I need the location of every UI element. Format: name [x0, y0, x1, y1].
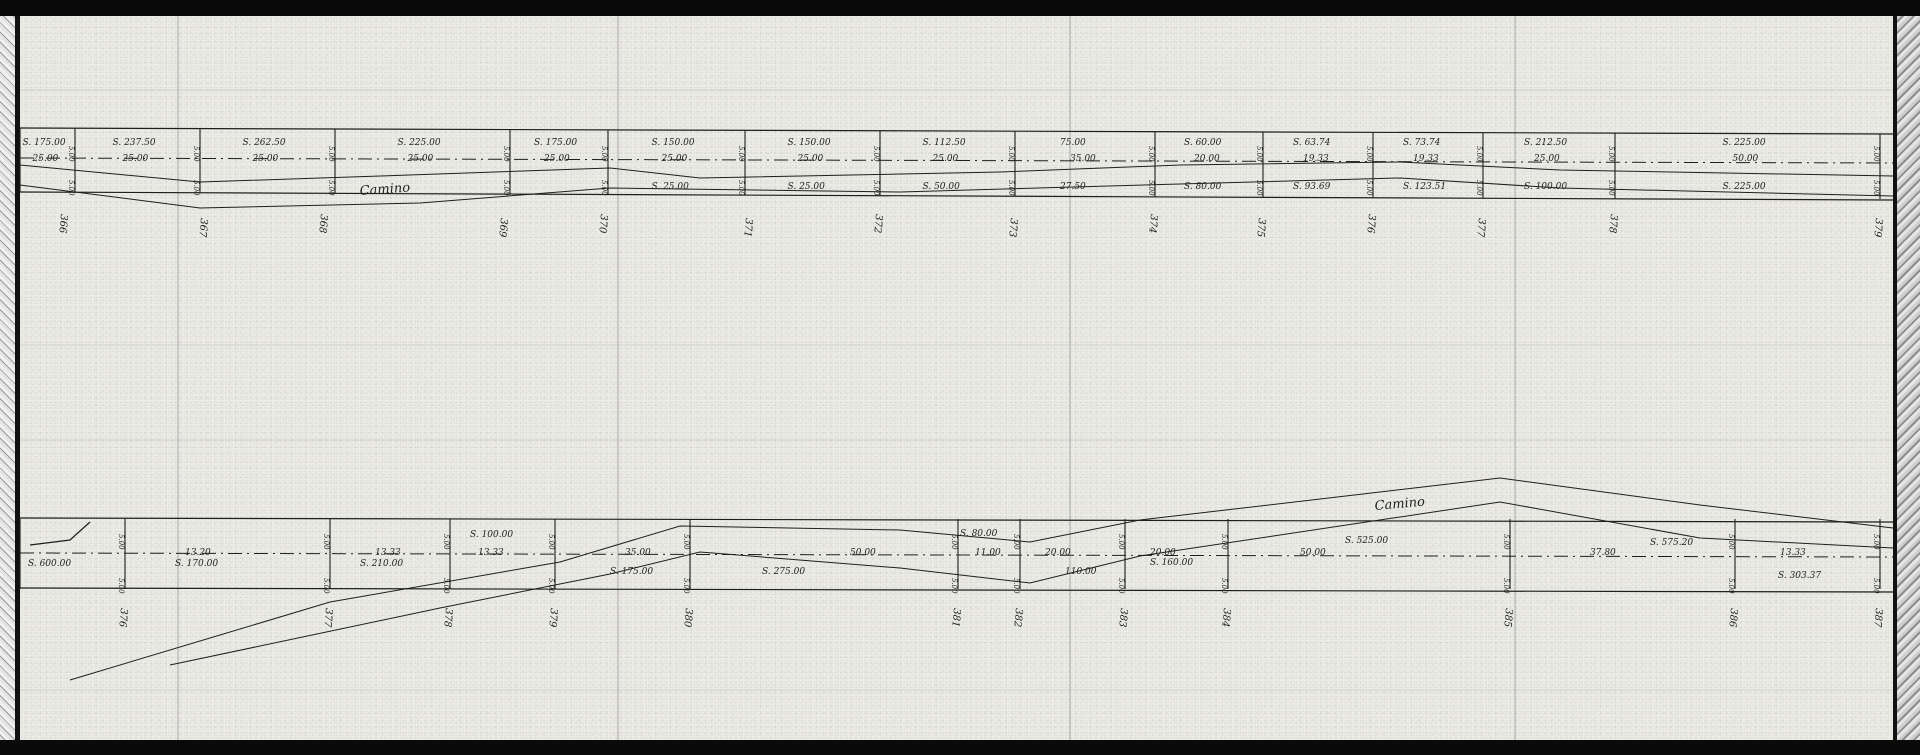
- segment-width: 13.20: [185, 548, 211, 558]
- offset-mark: 5.00: [737, 180, 745, 196]
- offset-mark: 5.00: [1147, 146, 1155, 162]
- offset-mark: 5.00: [502, 180, 510, 196]
- station-number: 381: [949, 608, 962, 628]
- segment-lower-radius: S. 225.00: [1723, 182, 1766, 192]
- station-number: 371: [741, 218, 754, 238]
- offset-mark: 5.00: [192, 146, 200, 162]
- station-number: 367: [196, 218, 209, 239]
- station-number: 378: [441, 608, 454, 628]
- offset-mark: 5.00: [117, 578, 125, 594]
- station-number: 366: [56, 214, 69, 235]
- station-number: 369: [496, 218, 509, 239]
- sheet-fold-lines: [20, 16, 1893, 740]
- offset-mark: 5.00: [1872, 180, 1880, 196]
- station-number: 368: [316, 214, 329, 234]
- offset-mark: 5.00: [322, 534, 330, 550]
- segment-radius: S. 112.50: [923, 138, 966, 148]
- station-number: 377: [321, 608, 334, 629]
- segment-radius: S. 212.50: [1524, 138, 1567, 148]
- offset-mark: 5.00: [1012, 578, 1020, 594]
- segment-width: 20.00: [1044, 548, 1071, 558]
- offset-mark: 5.00: [682, 578, 690, 594]
- segment-width: 19.33: [1413, 154, 1439, 164]
- segment-radius: S. 600.00: [28, 559, 71, 569]
- segment-radius: S. 170.00: [175, 559, 218, 569]
- segment-radius: S. 175.00: [534, 138, 577, 148]
- offset-mark: 5.00: [1607, 146, 1615, 162]
- offset-mark: 5.00: [1502, 534, 1510, 550]
- offset-mark: 5.00: [950, 578, 958, 594]
- segment-lower-radius: S. 100.00: [1524, 182, 1567, 192]
- offset-mark: 5.00: [1147, 180, 1155, 196]
- offset-mark: 5.00: [1872, 534, 1880, 550]
- segment-radius: S. 225.00: [398, 138, 441, 148]
- offset-mark: 5.00: [192, 180, 200, 196]
- road-edge-upper: [20, 162, 1893, 182]
- station-number: 380: [681, 608, 694, 629]
- offset-mark: 5.00: [1607, 180, 1615, 196]
- offset-mark: 5.00: [442, 578, 450, 594]
- offset-mark: 5.00: [1727, 534, 1735, 550]
- offset-mark: 5.00: [1502, 578, 1510, 594]
- offset-mark: 5.00: [117, 534, 125, 550]
- segment-radius: 75.00: [1060, 138, 1086, 148]
- segment-radius: S. 575.20: [1650, 538, 1693, 548]
- segment-width: 13.33: [375, 548, 401, 558]
- segment-radius: S. 100.00: [470, 530, 513, 540]
- offset-mark: 5.00: [1872, 578, 1880, 594]
- segment-radius: S. 175.00: [610, 567, 653, 577]
- segment-lower-radius: S. 25.00: [652, 182, 690, 192]
- station-number: 372: [871, 214, 884, 234]
- segment-width: 25.00: [252, 154, 279, 164]
- offset-mark: 5.00: [872, 180, 880, 196]
- offset-mark: 5.00: [1012, 534, 1020, 550]
- segment-radius: S. 60.00: [1184, 138, 1222, 148]
- station-number: 386: [1726, 608, 1739, 629]
- offset-mark: 5.00: [1007, 146, 1015, 162]
- segment-width: 25.00: [407, 154, 434, 164]
- station-number: 384: [1219, 608, 1232, 628]
- station-number: 379: [1871, 218, 1884, 239]
- offset-mark: 5.00: [67, 180, 75, 196]
- segment-lower-radius: S. 93.69: [1293, 182, 1331, 192]
- station-number: 382: [1011, 608, 1024, 628]
- station-number: 375: [1254, 218, 1267, 238]
- offset-mark: 5.00: [872, 146, 880, 162]
- offset-mark: 5.00: [327, 180, 335, 196]
- offset-mark: 5.00: [442, 534, 450, 550]
- segment-width: 50.00: [1300, 548, 1326, 558]
- segment-width: 50.00: [1733, 154, 1759, 164]
- segment-radius: S. 175.00: [23, 138, 66, 148]
- offset-mark: 5.00: [1220, 578, 1228, 594]
- station-number: 376: [116, 608, 129, 629]
- upper-strip: Camino5.005.005.005.005.005.005.005.005.…: [20, 128, 1893, 238]
- station-number: 373: [1006, 218, 1019, 238]
- road-edge-lower: [170, 502, 1893, 665]
- offset-mark: 5.00: [1007, 180, 1015, 196]
- offset-mark: 5.00: [1475, 180, 1483, 196]
- segment-width: 25.00: [1533, 154, 1560, 164]
- segment-width: 25.00: [797, 154, 824, 164]
- segment-radius: S. 225.00: [1723, 138, 1766, 148]
- offset-mark: 5.00: [1220, 534, 1228, 550]
- segment-width: 13.33: [1780, 548, 1806, 558]
- road-label-camino: Camino: [1374, 495, 1426, 514]
- segment-lower-radius: S. 80.00: [1184, 182, 1222, 192]
- side-road-stub: [30, 522, 90, 545]
- offset-mark: 5.00: [327, 146, 335, 162]
- offset-mark: 5.00: [1255, 180, 1263, 196]
- station-number: 383: [1116, 608, 1129, 628]
- segment-radius: S. 303.37: [1778, 571, 1821, 581]
- segment-radius: S. 160.00: [1150, 558, 1193, 568]
- offset-mark: 5.00: [1117, 534, 1125, 550]
- segment-radius: S. 80.00: [960, 529, 998, 539]
- segment-radius: S. 150.00: [788, 138, 831, 148]
- offset-mark: 5.00: [547, 534, 555, 550]
- segment-width: 35.00: [625, 548, 651, 558]
- segment-radius: S. 237.50: [113, 138, 156, 148]
- segment-lower-radius: S. 25.00: [788, 182, 826, 192]
- segment-width: 37.80: [1590, 548, 1616, 558]
- segment-lower-radius: S. 50.00: [923, 182, 961, 192]
- station-number: 385: [1501, 608, 1514, 628]
- segment-width: 25.00: [543, 154, 570, 164]
- offset-mark: 5.00: [1365, 146, 1373, 162]
- station-number: 370: [596, 214, 609, 235]
- segment-radius: S. 210.00: [360, 559, 403, 569]
- offset-mark: 5.00: [737, 146, 745, 162]
- segment-width: 25.00: [661, 154, 688, 164]
- offset-mark: 5.00: [322, 578, 330, 594]
- road-label-camino: Camino: [359, 181, 410, 199]
- station-number: 379: [546, 608, 559, 629]
- road-edge-upper: [70, 478, 1893, 680]
- offset-mark: 5.00: [67, 146, 75, 162]
- station-number: 376: [1364, 214, 1377, 235]
- lower-strip: Camino5.005.005.005.005.005.005.005.005.…: [20, 478, 1893, 680]
- offset-mark: 5.00: [1727, 578, 1735, 594]
- offset-mark: 5.00: [1117, 578, 1125, 594]
- segment-radius: 110.00: [1065, 567, 1097, 577]
- station-number: 387: [1871, 608, 1884, 629]
- segment-radius: S. 275.00: [762, 567, 805, 577]
- strip-top-border: [20, 128, 1893, 134]
- segment-width: 19.33: [1303, 154, 1329, 164]
- offset-mark: 5.00: [682, 534, 690, 550]
- station-number: 374: [1146, 214, 1159, 234]
- segment-width: 50.00: [850, 548, 876, 558]
- station-number: 378: [1606, 214, 1619, 234]
- offset-mark: 5.00: [600, 180, 608, 196]
- segment-width: 20.00: [1149, 548, 1176, 558]
- segment-radius: S. 525.00: [1345, 536, 1388, 546]
- offset-mark: 5.00: [1365, 180, 1373, 196]
- offset-mark: 5.00: [1872, 146, 1880, 162]
- segment-width: 20.00: [1193, 154, 1220, 164]
- segment-width: 35.00: [1070, 154, 1096, 164]
- segment-width: 25.00: [932, 154, 959, 164]
- offset-mark: 5.00: [600, 146, 608, 162]
- offset-mark: 5.00: [1255, 146, 1263, 162]
- segment-radius: S. 73.74: [1403, 138, 1441, 148]
- segment-radius: S. 150.00: [652, 138, 695, 148]
- segment-lower-radius: 27.50: [1059, 182, 1086, 192]
- segment-width: 25.00: [122, 154, 149, 164]
- segment-width: 25.00: [32, 154, 59, 164]
- offset-mark: 5.00: [1475, 146, 1483, 162]
- survey-drawing: Camino5.005.005.005.005.005.005.005.005.…: [0, 0, 1920, 755]
- segment-radius: S. 262.50: [243, 138, 286, 148]
- offset-mark: 5.00: [547, 578, 555, 594]
- segment-radius: S. 63.74: [1293, 138, 1331, 148]
- segment-width: 11.00: [975, 548, 1001, 558]
- station-number: 377: [1474, 218, 1487, 239]
- offset-mark: 5.00: [950, 534, 958, 550]
- segment-width: 13.33: [478, 548, 504, 558]
- segment-lower-radius: S. 123.51: [1403, 182, 1446, 192]
- offset-mark: 5.00: [502, 146, 510, 162]
- strip-top-border: [20, 518, 1893, 522]
